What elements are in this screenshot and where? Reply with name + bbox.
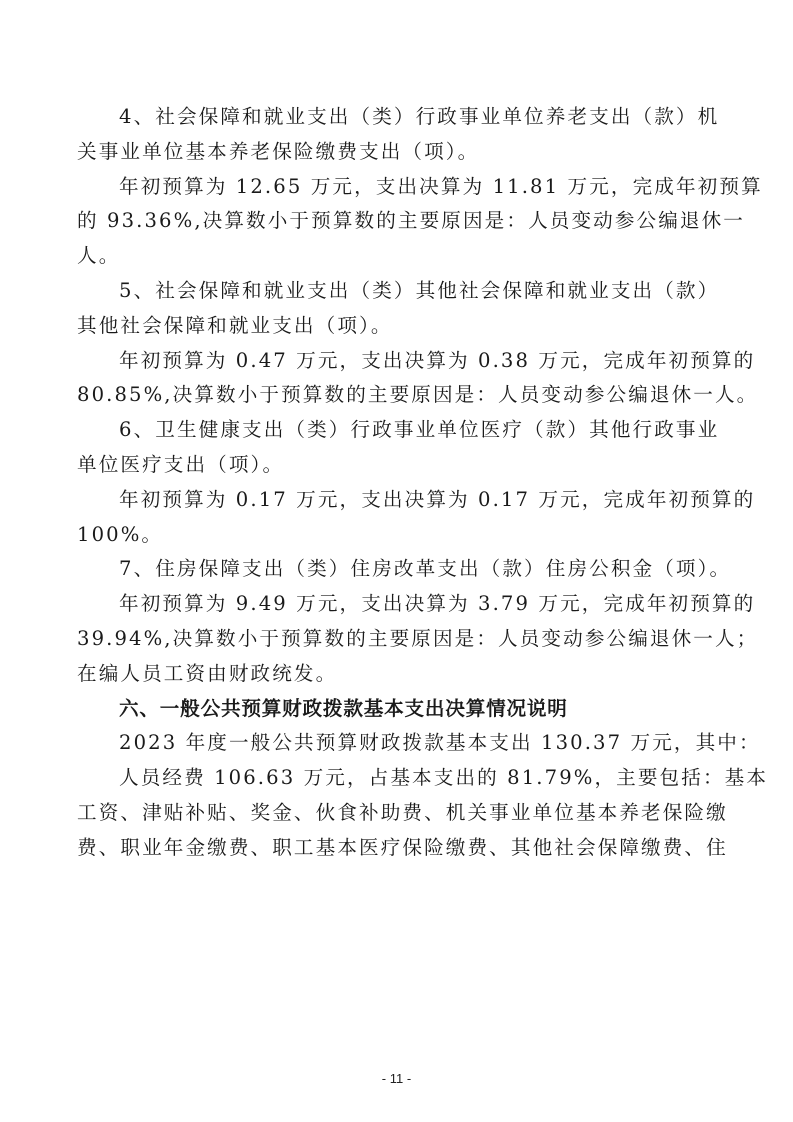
text-line: 工资、津贴补贴、奖金、伙食补助费、机关事业单位基本养老保险缴 xyxy=(77,796,717,831)
text-line: 年初预算为 0.47 万元，支出决算为 0.38 万元，完成年初预算的 xyxy=(77,344,717,379)
text-line: 人。 xyxy=(77,239,717,274)
text-line: 年初预算为 9.49 万元，支出决算为 3.79 万元，完成年初预算的 xyxy=(77,587,717,622)
text-line: 关事业单位基本养老保险缴费支出（项）。 xyxy=(77,135,717,170)
text-line: 80.85%,决算数小于预算数的主要原因是：人员变动参公编退休一人。 xyxy=(77,378,717,413)
page-number: - 11 - xyxy=(0,1071,793,1086)
document-body: 4、社会保障和就业支出（类）行政事业单位养老支出（款）机 关事业单位基本养老保险… xyxy=(77,100,717,866)
section-heading: 六、一般公共预算财政拨款基本支出决算情况说明 xyxy=(77,692,717,727)
text-line: 的 93.36%,决算数小于预算数的主要原因是：人员变动参公编退休一 xyxy=(77,204,717,239)
text-line: 单位医疗支出（项）。 xyxy=(77,448,717,483)
text-line: 100%。 xyxy=(77,518,717,553)
text-line: 年初预算为 12.65 万元，支出决算为 11.81 万元，完成年初预算 xyxy=(77,170,717,205)
text-line: 费、职业年金缴费、职工基本医疗保险缴费、其他社会保障缴费、住 xyxy=(77,831,717,866)
text-line: 2023 年度一般公共预算财政拨款基本支出 130.37 万元，其中： xyxy=(77,726,717,761)
text-line: 6、卫生健康支出（类）行政事业单位医疗（款）其他行政事业 xyxy=(77,413,717,448)
text-line: 39.94%,决算数小于预算数的主要原因是：人员变动参公编退休一人； xyxy=(77,622,717,657)
text-line: 4、社会保障和就业支出（类）行政事业单位养老支出（款）机 xyxy=(77,100,717,135)
text-line: 年初预算为 0.17 万元，支出决算为 0.17 万元，完成年初预算的 xyxy=(77,483,717,518)
text-line: 5、社会保障和就业支出（类）其他社会保障和就业支出（款） xyxy=(77,274,717,309)
text-line: 7、住房保障支出（类）住房改革支出（款）住房公积金（项）。 xyxy=(77,552,717,587)
text-line: 在编人员工资由财政统发。 xyxy=(77,657,717,692)
text-line: 人员经费 106.63 万元，占基本支出的 81.79%，主要包括：基本 xyxy=(77,761,717,796)
text-line: 其他社会保障和就业支出（项）。 xyxy=(77,309,717,344)
